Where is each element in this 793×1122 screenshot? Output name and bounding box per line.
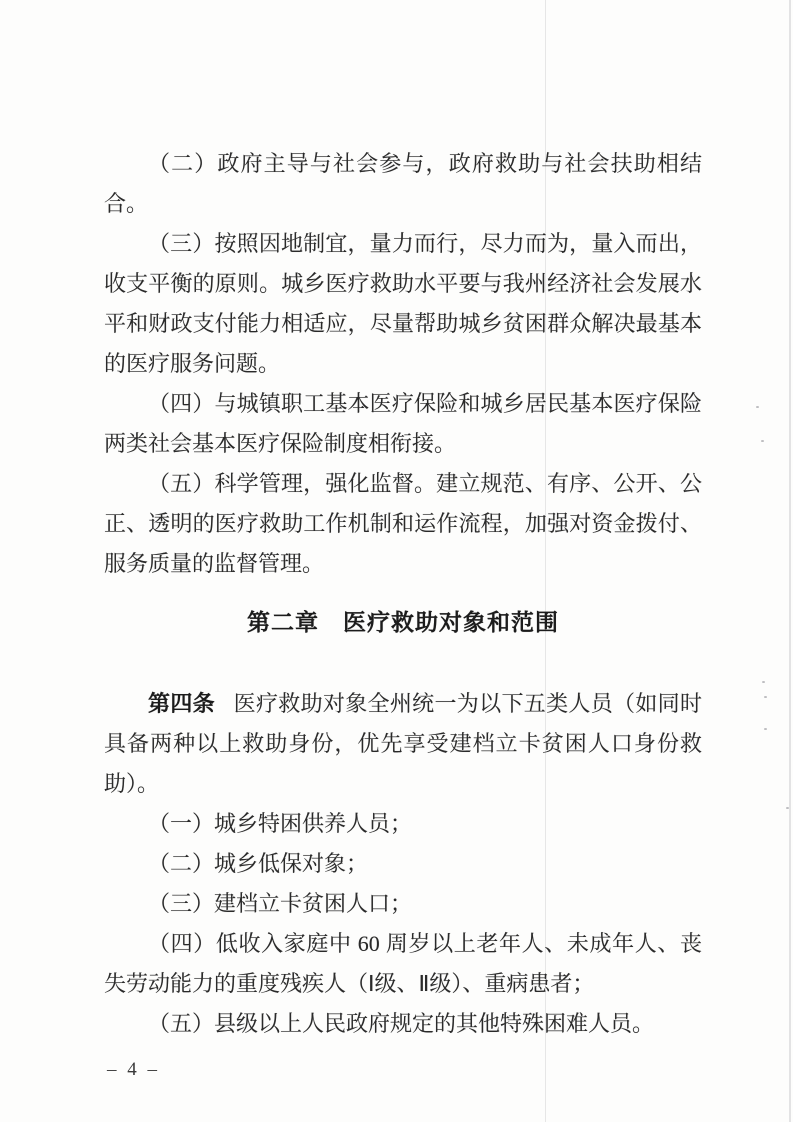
scan-speck — [761, 440, 764, 442]
scan-speck — [756, 406, 759, 408]
list-item-3: （三）建档立卡贫困人口； — [104, 884, 702, 924]
list-item-5: （五）县级以上人民政府规定的其他特殊困难人员。 — [104, 1004, 702, 1044]
paragraph-principle-2: （二）政府主导与社会参与，政府救助与社会扶助相结合。 — [104, 144, 702, 224]
scan-speck — [762, 681, 765, 683]
list-item-2: （二）城乡低保对象； — [104, 844, 702, 884]
list-item-1: （一）城乡特困供养人员； — [104, 804, 702, 844]
document-content: （二）政府主导与社会参与，政府救助与社会扶助相结合。 （三）按照因地制宜，量力而… — [104, 144, 702, 1044]
article-number-label: 第四条 — [148, 691, 215, 716]
page-number: – 4 – — [107, 1059, 160, 1081]
paragraph-principle-4: （四）与城镇职工基本医疗保险和城乡居民基本医疗保险两类社会基本医疗保险制度相衔接… — [104, 384, 702, 464]
scan-speck — [786, 807, 789, 809]
paragraph-principle-3: （三）按照因地制宜，量力而行，尽力而为，量入而出，收支平衡的原则。城乡医疗救助水… — [104, 224, 702, 384]
scan-speck — [764, 696, 767, 698]
scan-right-edge-line — [789, 0, 791, 1122]
chapter-heading: 第二章 医疗救助对象和范围 — [104, 602, 702, 642]
paragraph-principle-5: （五）科学管理，强化监督。建立规范、有序、公开、公正、透明的医疗救助工作机制和运… — [104, 464, 702, 584]
list-item-4: （四）低收入家庭中 60 周岁以上老年人、未成年人、丧失劳动能力的重度残疾人（Ⅰ… — [104, 924, 702, 1004]
article-4-paragraph: 第四条医疗救助对象全州统一为以下五类人员（如同时具备两种以上救助身份，优先享受建… — [104, 684, 702, 804]
scanned-document-page: （二）政府主导与社会参与，政府救助与社会扶助相结合。 （三）按照因地制宜，量力而… — [0, 0, 793, 1122]
scan-speck — [764, 728, 767, 730]
